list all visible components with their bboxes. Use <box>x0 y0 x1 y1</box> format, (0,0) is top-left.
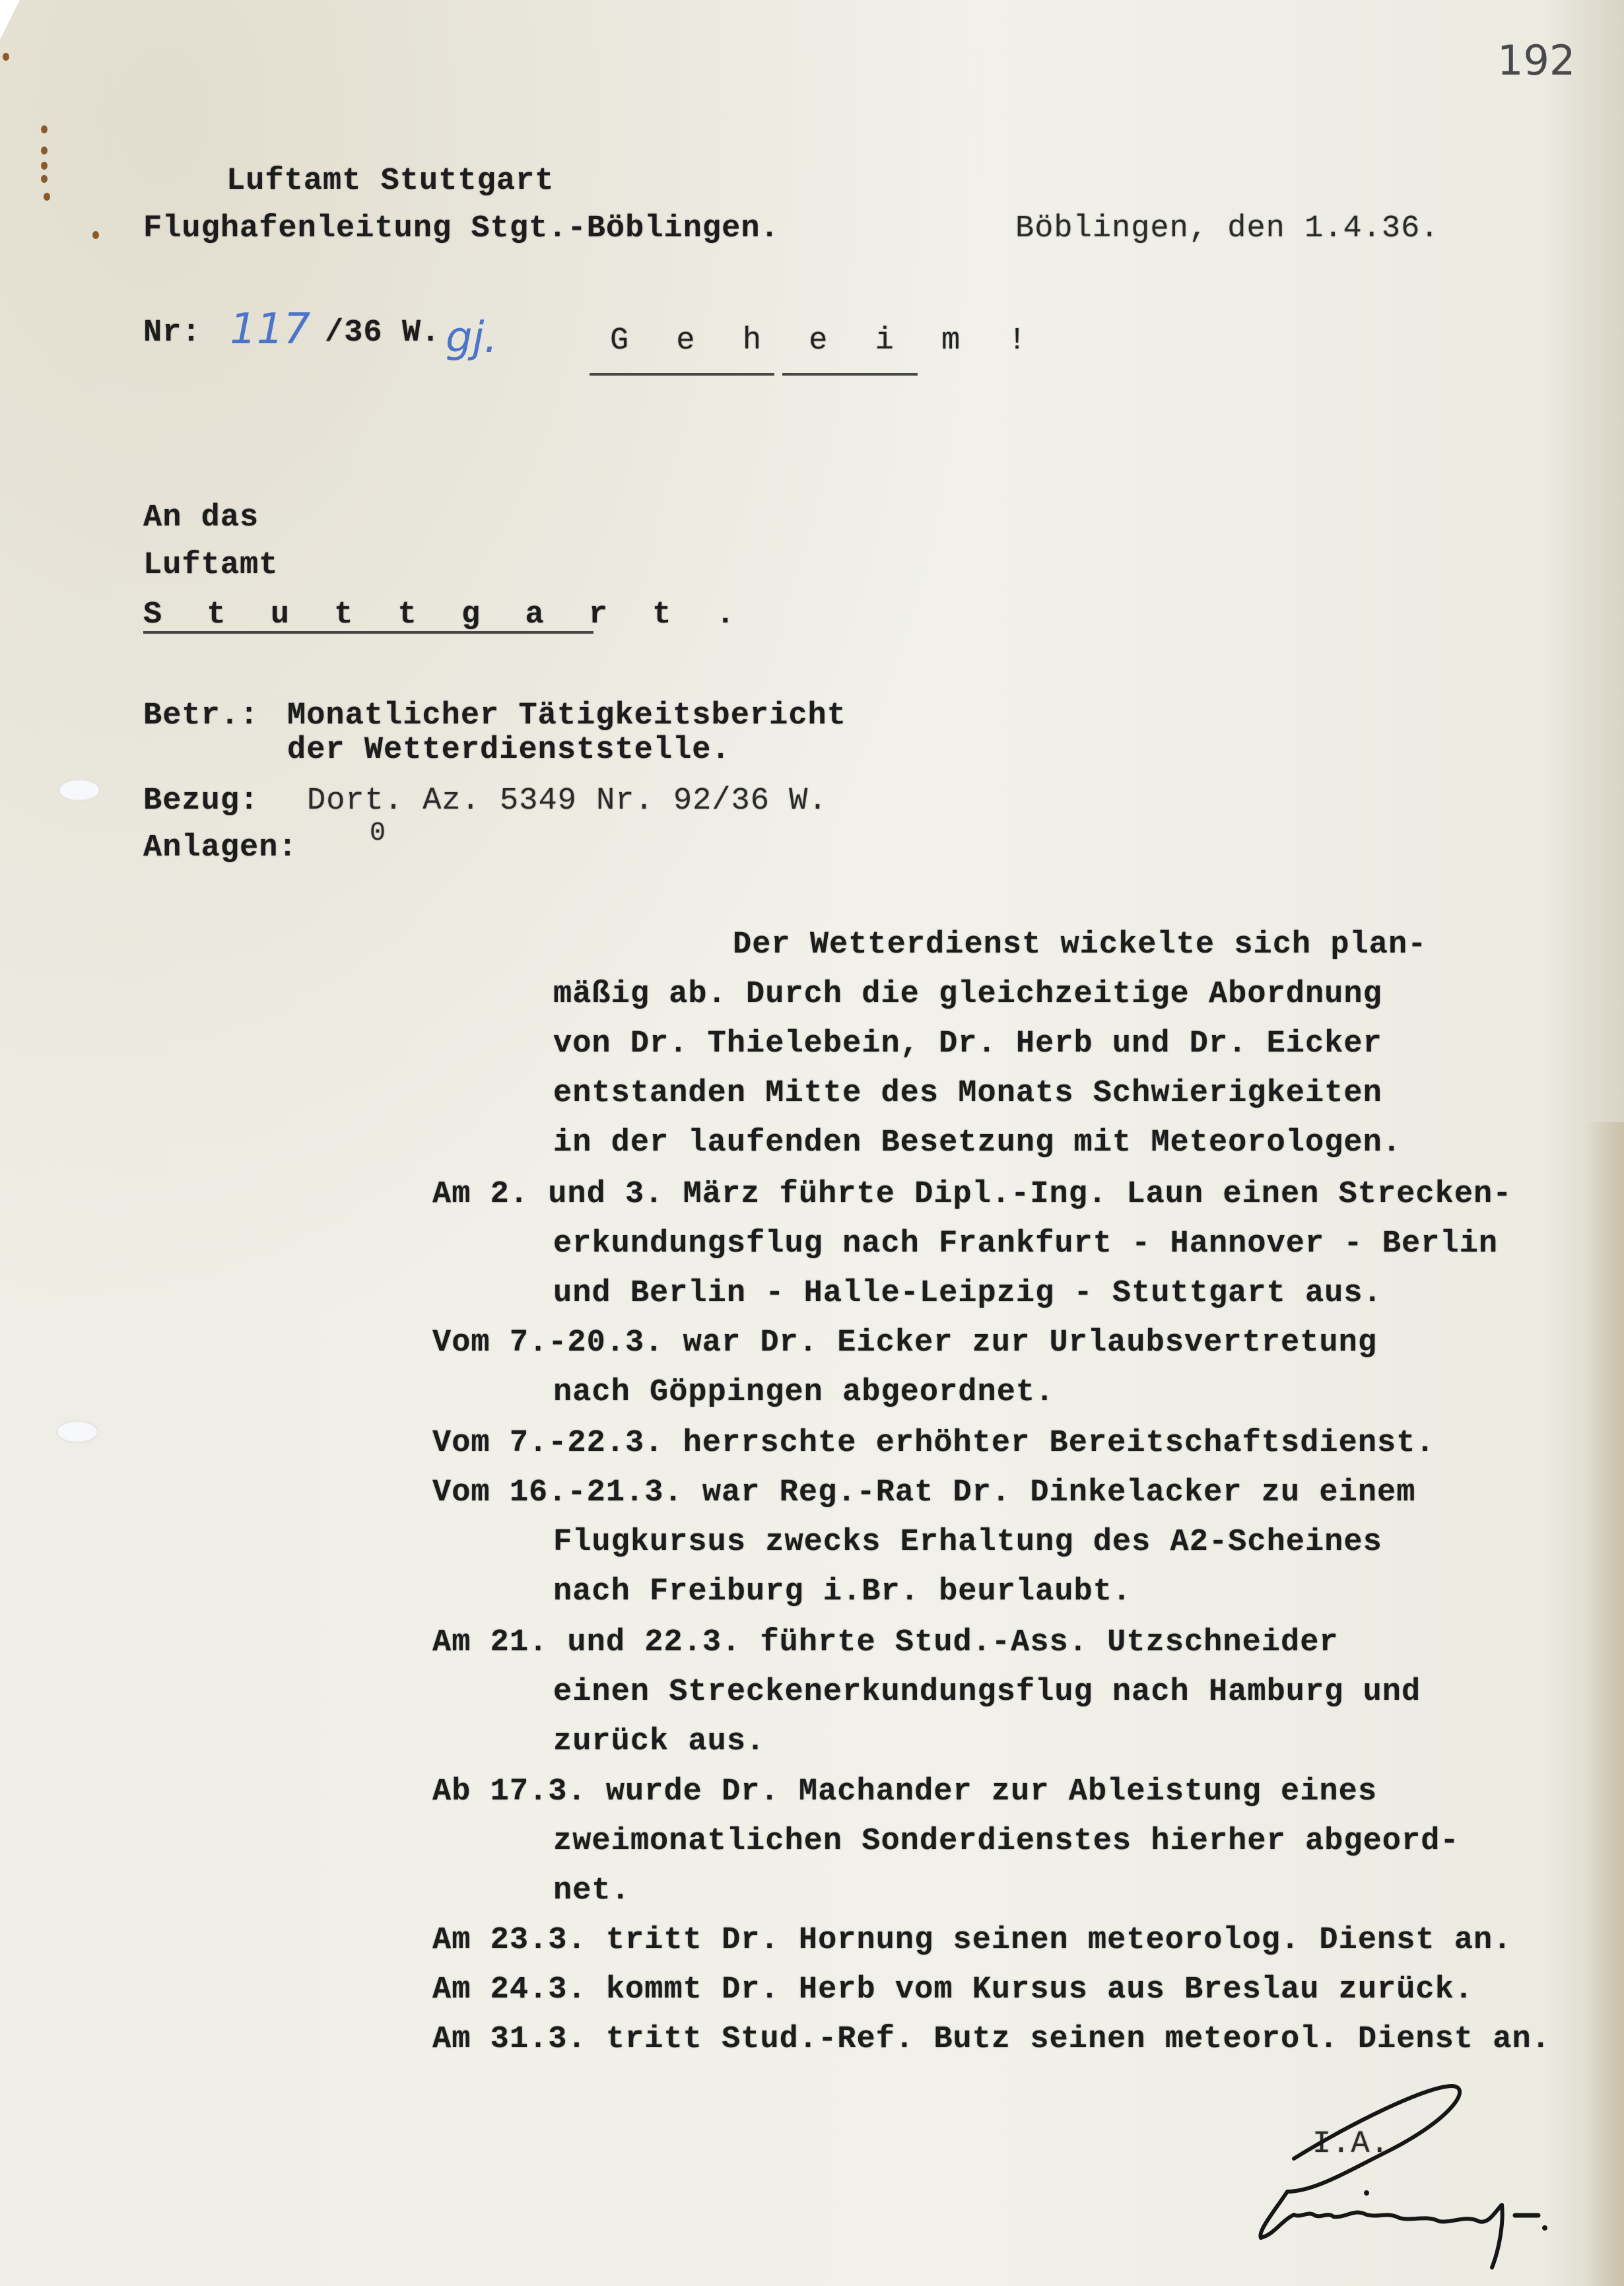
body-line: von Dr. Thielebein, Dr. Herb und Dr. Eic… <box>553 1026 1382 1061</box>
entry-lead: Am 2. und 3. März führte Dipl.-Ing. Laun… <box>432 1177 1512 1212</box>
rust-stain <box>41 162 48 170</box>
entry-lead: Vom 16.-21.3. war Reg.-Rat Dr. Dinkelack… <box>432 1475 1415 1510</box>
recipient-line-2: Luftamt <box>143 548 278 583</box>
classification-underline <box>782 373 918 376</box>
body-line: mäßig ab. Durch die gleichzeitige Abordn… <box>553 977 1382 1012</box>
rust-stain <box>44 193 50 201</box>
handwritten-number: 117 <box>230 305 310 354</box>
classification-secret: G e h e i m ! <box>610 323 1041 358</box>
entry-continuation: zurück aus. <box>553 1724 765 1759</box>
rust-stain <box>41 147 48 154</box>
rust-stain <box>41 125 48 133</box>
classification-underline <box>590 373 774 376</box>
bezug-label: Bezug: <box>143 784 259 819</box>
entry-continuation: und Berlin - Halle-Leipzig - Stuttgart a… <box>553 1276 1382 1311</box>
nr-suffix: /36 W. <box>325 316 440 351</box>
recipient-line-1: An das <box>143 500 259 535</box>
entry-continuation: Flugkursus zwecks Erhaltung des A2-Schei… <box>553 1525 1382 1560</box>
entry-lead: Vom 7.-22.3. herrschte erhöhter Bereitsc… <box>432 1426 1435 1461</box>
handwritten-initials: gj. <box>446 314 498 362</box>
entry-lead: Am 31.3. tritt Stud.-Ref. Butz seinen me… <box>432 2022 1551 2057</box>
entry-continuation: nach Freiburg i.Br. beurlaubt. <box>553 1574 1132 1609</box>
entry-lead: Am 23.3. tritt Dr. Hornung seinen meteor… <box>432 1923 1512 1958</box>
signature-icon <box>1254 2079 1624 2277</box>
bezug-value: Dort. Az. 5349 Nr. 92/36 W. <box>307 784 828 819</box>
document-page: 192 Luftamt Stuttgart Flughafenleitung S… <box>0 0 1624 2286</box>
anlagen-value: 0 <box>370 819 386 848</box>
entry-lead: Vom 7.-20.3. war Dr. Eicker zur Urlaubsv… <box>432 1326 1377 1361</box>
page-number: 192 <box>1497 36 1575 84</box>
office-subdivision: Flughafenleitung Stgt.-Böblingen. <box>143 211 780 246</box>
entry-continuation: einen Streckenerkundungsflug nach Hambur… <box>553 1675 1421 1710</box>
punch-hole <box>56 1421 98 1443</box>
betr-line-1: Monatlicher Tätigkeitsbericht <box>287 698 846 733</box>
place-date: Böblingen, den 1.4.36. <box>1015 211 1440 246</box>
torn-corner <box>0 0 20 40</box>
nr-label: Nr: <box>143 316 201 351</box>
entry-continuation: erkundungsflug nach Frankfurt - Hannover… <box>553 1227 1498 1261</box>
body-line: Der Wetterdienst wickelte sich plan- <box>733 927 1427 962</box>
betr-line-2: der Wetterdienststelle. <box>287 733 731 768</box>
entry-lead: Ab 17.3. wurde Dr. Machander zur Ableist… <box>432 1774 1377 1809</box>
entry-continuation: zweimonatlichen Sonderdienstes hierher a… <box>553 1824 1460 1859</box>
entry-lead: Am 24.3. kommt Dr. Herb vom Kursus aus B… <box>432 1972 1473 2007</box>
entry-lead: Am 21. und 22.3. führte Stud.-Ass. Utzsc… <box>432 1625 1339 1660</box>
punch-hole <box>58 779 100 801</box>
rust-stain <box>41 175 48 183</box>
betr-label: Betr.: <box>143 698 259 733</box>
office-name: Luftamt Stuttgart <box>226 164 554 199</box>
recipient-line-3: S t u t t g a r t . <box>143 597 748 632</box>
rust-stain <box>92 231 99 239</box>
body-line: entstanden Mitte des Monats Schwierigkei… <box>553 1076 1382 1111</box>
entry-continuation: nach Göppingen abgeordnet. <box>553 1375 1054 1410</box>
rust-stain <box>3 53 9 61</box>
anlagen-label: Anlagen: <box>143 830 298 865</box>
recipient-underline <box>143 631 593 634</box>
body-line: in der laufenden Besetzung mit Meteorolo… <box>553 1126 1402 1160</box>
entry-continuation: net. <box>553 1873 630 1908</box>
